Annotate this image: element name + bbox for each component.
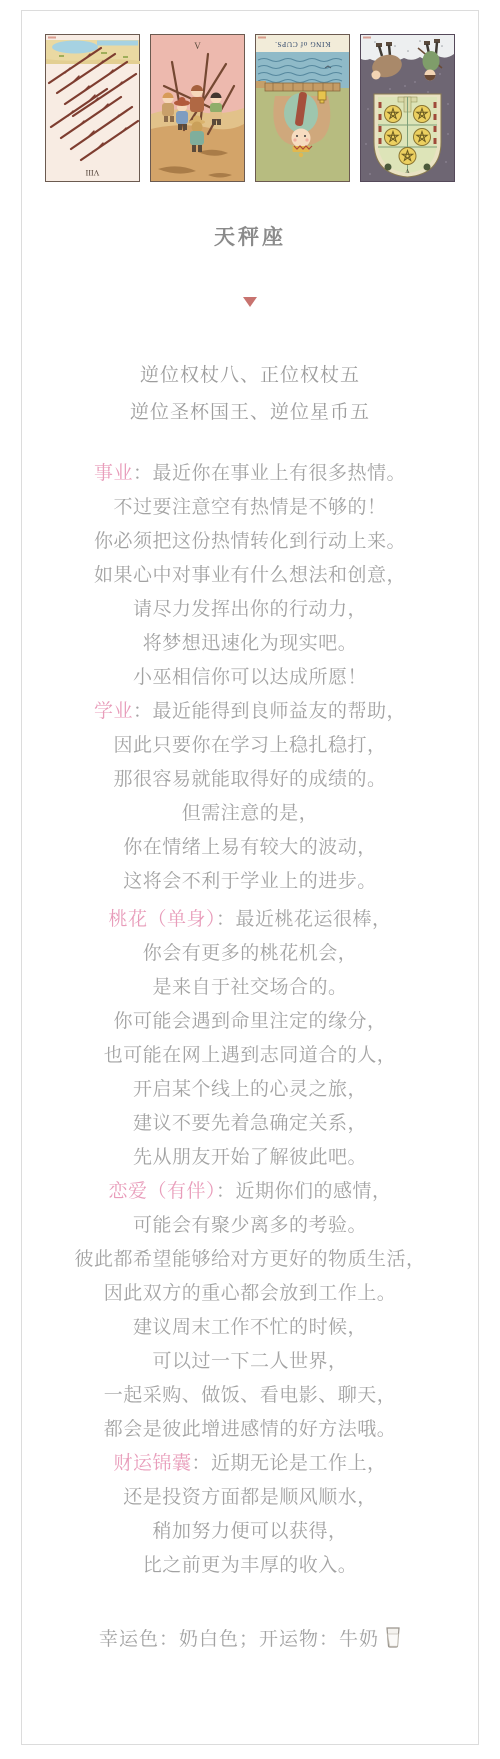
line-text: 先从朋友开始了解彼此吧。 <box>133 1147 367 1168</box>
wands-five-illustration: V <box>150 34 245 182</box>
body-line: 你必须把这份热情转化到行动上来。 <box>22 525 478 559</box>
body-line: 但需注意的是， <box>22 797 478 831</box>
divider <box>22 297 478 307</box>
section-label: 财运锦囊 <box>113 1453 191 1474</box>
body-line: 都会是彼此增进感情的好方法哦。 <box>22 1413 478 1447</box>
line-text: ：近期你们的感情， <box>216 1181 392 1202</box>
lucky-text: 幸运色：奶白色；开运物：牛奶 <box>99 1629 379 1650</box>
tarot-cards-row: VIII V <box>22 34 478 182</box>
line-text: 那很容易就能取得好的成绩的。 <box>113 769 386 790</box>
line-text: ：最近桃花运很棒， <box>216 909 392 930</box>
line-text: 你可能会遇到命里注定的缘分， <box>113 1011 386 1032</box>
cups-king-illustration: KING of CUPS. <box>255 34 350 182</box>
body-line: 开启某个线上的心灵之旅， <box>22 1073 478 1107</box>
line-text: 但需注意的是， <box>182 803 319 824</box>
line-text: 还是投资方面都是顺风顺水， <box>123 1487 377 1508</box>
section-label: 桃花（单身） <box>108 909 216 930</box>
body-line: 将梦想迅速化为现实吧。 <box>22 627 478 661</box>
body-line: 你会有更多的桃花机会， <box>22 937 478 971</box>
line-text: 比之前更为丰厚的收入。 <box>143 1555 358 1576</box>
body-line: 请尽力发挥出你的行动力， <box>22 593 478 627</box>
body-line: 不过要注意空有热情是不够的！ <box>22 491 478 525</box>
body-line: 小巫相信你可以达成所愿！ <box>22 661 478 695</box>
body-line: 你在情绪上易有较大的波动， <box>22 831 478 865</box>
line-text: 不过要注意空有热情是不够的！ <box>113 497 386 518</box>
line-text: ：最近能得到良师益友的帮助， <box>133 701 406 722</box>
wands-eight-illustration: VIII <box>45 34 140 182</box>
body-line: 那很容易就能取得好的成绩的。 <box>22 763 478 797</box>
line-text: 开启某个线上的心灵之旅， <box>133 1079 367 1100</box>
milk-glass-icon <box>385 1627 401 1656</box>
card-numeral: V <box>405 167 410 173</box>
section-label: 学业 <box>94 701 133 722</box>
line-text: 建议周末工作不忙的时候， <box>133 1317 367 1338</box>
line-text: ：近期无论是工作上， <box>192 1453 387 1474</box>
cards-summary-line-1: 逆位权杖八、正位权杖五 <box>22 357 478 394</box>
body-line: 建议不要先着急确定关系， <box>22 1107 478 1141</box>
card-caption: KING of CUPS. <box>275 40 331 49</box>
triangle-down-icon <box>243 297 257 307</box>
body-line: 可以过一下二人世界， <box>22 1345 478 1379</box>
section-label: 事业 <box>94 463 133 484</box>
line-text: 建议不要先着急确定关系， <box>133 1113 367 1134</box>
line-text: 可以过一下二人世界， <box>152 1351 347 1372</box>
card-numeral: V <box>194 41 201 51</box>
body-line: 这将会不利于学业上的进步。 <box>22 865 478 899</box>
page-title: 天秤座 <box>22 227 478 249</box>
body-line: 一起采购、做饭、看电影、聊天， <box>22 1379 478 1413</box>
tarot-card-cups-king-reversed: KING of CUPS. <box>255 34 350 182</box>
body-line: 恋爱（有伴）：近期你们的感情， <box>22 1175 478 1209</box>
line-text: 彼此都希望能够给对方更好的物质生活， <box>74 1249 425 1270</box>
line-text: 因此只要你在学习上稳扎稳打， <box>113 735 386 756</box>
line-text: 请尽力发挥出你的行动力， <box>133 599 367 620</box>
body-line: 财运锦囊：近期无论是工作上， <box>22 1447 478 1481</box>
body-line: 稍加努力便可以获得， <box>22 1515 478 1549</box>
line-text: 这将会不利于学业上的进步。 <box>123 871 377 892</box>
card-numeral: VIII <box>85 168 99 177</box>
line-text: 因此双方的重心都会放到工作上。 <box>104 1283 397 1304</box>
body-line: 学业：最近能得到良师益友的帮助， <box>22 695 478 729</box>
line-text: 是来自于社交场合的。 <box>152 977 347 998</box>
cards-summary: 逆位权杖八、正位权杖五 逆位圣杯国王、逆位星币五 <box>22 357 478 431</box>
body-line: 因此只要你在学习上稳扎稳打， <box>22 729 478 763</box>
line-text: 将梦想迅速化为现实吧。 <box>143 633 358 654</box>
body-line: 如果心中对事业有什么想法和创意， <box>22 559 478 593</box>
line-text: 小巫相信你可以达成所愿！ <box>133 667 367 688</box>
line-text: 一起采购、做饭、看电影、聊天， <box>104 1385 397 1406</box>
line-text: 你在情绪上易有较大的波动， <box>123 837 377 858</box>
body-line: 事业：最近你在事业上有很多热情。 <box>22 457 478 491</box>
content-frame: VIII V <box>21 10 479 1745</box>
body-line: 建议周末工作不忙的时候， <box>22 1311 478 1345</box>
line-text: ：最近你在事业上有很多热情。 <box>133 463 406 484</box>
tarot-card-pentacles-five-reversed: V <box>360 34 455 182</box>
section-label: 恋爱（有伴） <box>108 1181 216 1202</box>
tarot-card-wands-five: V <box>150 34 245 182</box>
pentacles-five-illustration: V <box>360 34 455 182</box>
line-text: 稍加努力便可以获得， <box>152 1521 347 1542</box>
tarot-card-wands-eight-reversed: VIII <box>45 34 140 182</box>
body-line: 你可能会遇到命里注定的缘分， <box>22 1005 478 1039</box>
line-text: 你会有更多的桃花机会， <box>143 943 358 964</box>
reading-body: 事业：最近你在事业上有很多热情。不过要注意空有热情是不够的！你必须把这份热情转化… <box>22 457 478 1583</box>
line-text: 如果心中对事业有什么想法和创意， <box>94 565 406 586</box>
body-line: 是来自于社交场合的。 <box>22 971 478 1005</box>
line-text: 可能会有聚少离多的考验。 <box>133 1215 367 1236</box>
line-text: 都会是彼此增进感情的好方法哦。 <box>104 1419 397 1440</box>
body-line: 还是投资方面都是顺风顺水， <box>22 1481 478 1515</box>
line-text: 也可能在网上遇到志同道合的人， <box>104 1045 397 1066</box>
body-line: 因此双方的重心都会放到工作上。 <box>22 1277 478 1311</box>
body-line: 桃花（单身）：最近桃花运很棒， <box>22 903 478 937</box>
cards-summary-line-2: 逆位圣杯国王、逆位星币五 <box>22 394 478 431</box>
body-line: 彼此都希望能够给对方更好的物质生活， <box>22 1243 478 1277</box>
body-line: 比之前更为丰厚的收入。 <box>22 1549 478 1583</box>
line-text: 你必须把这份热情转化到行动上来。 <box>94 531 406 552</box>
body-line: 可能会有聚少离多的考验。 <box>22 1209 478 1243</box>
body-line: 也可能在网上遇到志同道合的人， <box>22 1039 478 1073</box>
lucky-line: 幸运色：奶白色；开运物：牛奶 <box>22 1627 478 1656</box>
body-line: 先从朋友开始了解彼此吧。 <box>22 1141 478 1175</box>
